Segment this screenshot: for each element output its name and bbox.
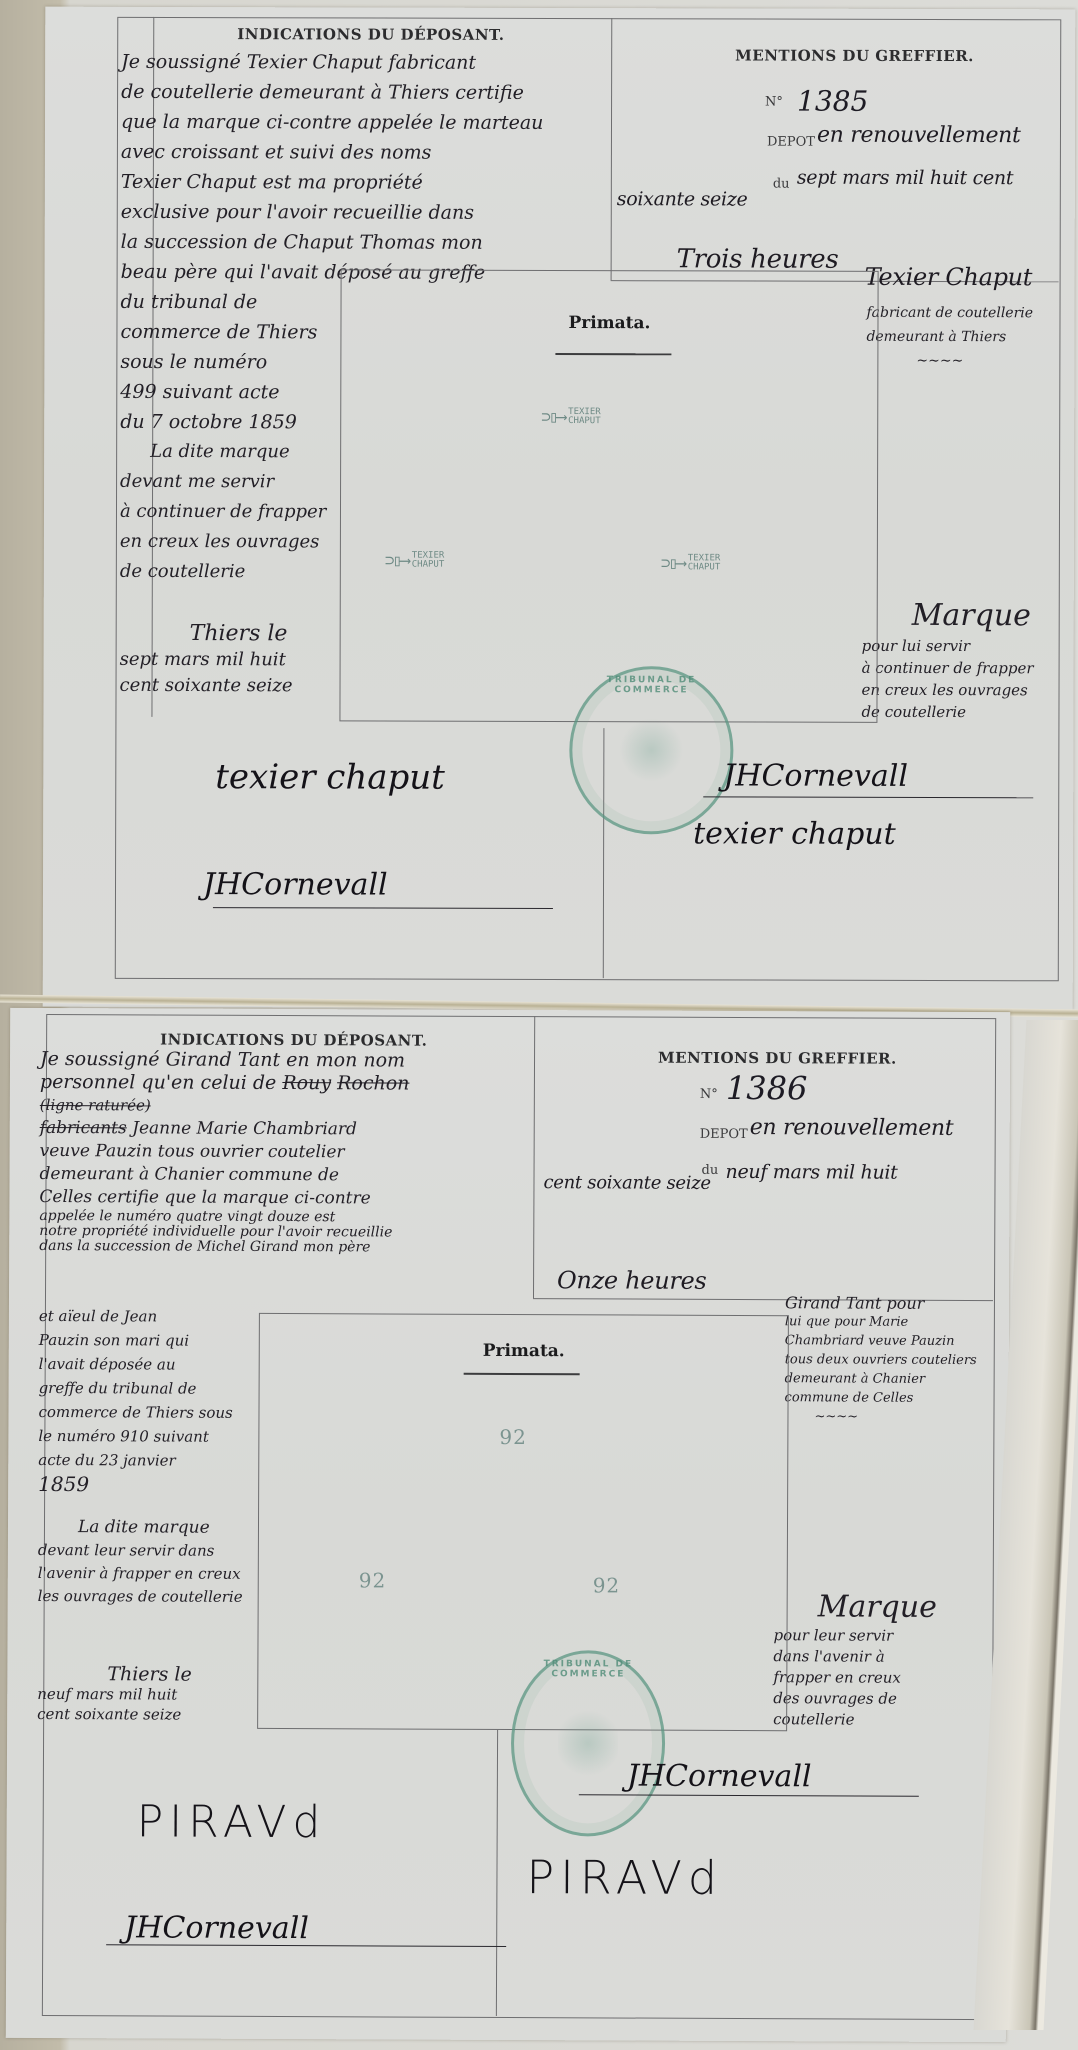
number-label: N° xyxy=(700,1087,718,1102)
mark-stamp-right: ⊃▯⟶ TEXIERCHAPUT xyxy=(661,553,720,572)
statement-line: l'avait déposée au xyxy=(39,1352,233,1377)
usage-line: devant me servir xyxy=(120,467,326,498)
du-label: du xyxy=(773,177,790,192)
statement-line: Texier Chaput est ma propriété xyxy=(121,167,544,198)
struck-text: (ligne raturée) xyxy=(40,1094,410,1119)
registrar-signature-right: JHCornevall xyxy=(723,758,908,793)
note-line: dans l'avenir à xyxy=(773,1646,936,1668)
depositor-statement: Je soussigné Girand Tant en mon nom pers… xyxy=(39,1048,409,1256)
court-seal: TRIBUNAL DE COMMERCE xyxy=(511,1650,666,1837)
struck-text: fabricants xyxy=(40,1118,127,1138)
depot-date: neuf mars mil huit xyxy=(725,1161,897,1184)
hammer-crescent-icon: ⊃▯⟶ xyxy=(385,551,408,570)
registrar-signature-left: JHCornevall xyxy=(124,1910,309,1946)
depot-date: sept mars mil huit cent xyxy=(797,167,1013,190)
primata-rule xyxy=(464,1373,580,1376)
statement-line: avec croissant et suivi des noms xyxy=(121,137,544,168)
entry-number: 1386 xyxy=(726,1069,808,1107)
depositor-usage: La dite marque devant leur servir dans l… xyxy=(38,1516,243,1609)
desc-line: lui que pour Marie xyxy=(785,1312,977,1332)
mark-stamp-top: 92 xyxy=(499,1425,527,1449)
desc-line: fabricant de coutellerie xyxy=(866,301,1033,325)
depositor-signature-left: texier chaput xyxy=(215,757,445,798)
usage-line: en creux les ouvrages xyxy=(120,527,326,558)
usage-line: de coutellerie xyxy=(120,557,326,588)
note-line: des ouvrages de xyxy=(773,1688,936,1710)
usage-line: les ouvrages de coutellerie xyxy=(38,1585,243,1609)
statement-line: de coutellerie demeurant à Thiers certif… xyxy=(121,77,544,108)
struck-text: Rouy xyxy=(282,1072,331,1094)
depositor-signature-right: texier chaput xyxy=(693,816,896,852)
place-date: Thiers le sept mars mil huit cent soixan… xyxy=(119,621,292,699)
mark-stamp-left: 92 xyxy=(359,1568,387,1592)
depot-type: en renouvellement xyxy=(817,123,1021,149)
hammer-crescent-icon: ⊃▯⟶ xyxy=(541,407,564,426)
note-line: pour lui servir xyxy=(862,635,1034,657)
usage-line: La dite marque xyxy=(78,1516,243,1540)
usage-line: La dite marque xyxy=(150,437,326,467)
depositor-signature-left: PIRAVd xyxy=(137,1796,327,1848)
flourish: ~~~~ xyxy=(916,349,1033,373)
register-page-1386: INDICATIONS DU DÉPOSANT. MENTIONS DU GRE… xyxy=(6,1008,1010,2042)
mark-text: CHAPUT xyxy=(412,559,445,569)
depositor-header: INDICATIONS DU DÉPOSANT. xyxy=(160,1030,427,1049)
desc-line: demeurant à Thiers xyxy=(866,325,1033,349)
registrar-mark-note: Marque pour lui servir à continuer de fr… xyxy=(861,597,1033,723)
statement-line: le numéro 910 suivant xyxy=(38,1424,232,1449)
note-line: coutellerie xyxy=(773,1709,936,1731)
note-line: Marque xyxy=(912,597,1034,635)
place-date: Thiers le neuf mars mil huit cent soixan… xyxy=(37,1664,192,1725)
note-line: en creux les ouvrages xyxy=(861,679,1033,701)
statement-line: acte du 23 janvier xyxy=(38,1448,232,1473)
place-line: cent soixante seize xyxy=(119,673,292,699)
place-line: neuf mars mil huit xyxy=(37,1684,192,1705)
seal-emblem-icon xyxy=(620,718,683,783)
statement-line: Celles certifie que la marque ci-contre xyxy=(39,1186,409,1211)
mark-stamp-left: ⊃▯⟶ TEXIERCHAPUT xyxy=(385,551,444,570)
depot-label: DEPOT xyxy=(767,135,815,150)
depositor-statement-cont: et aïeul de Jean Pauzin son mari qui l'a… xyxy=(38,1304,233,1497)
hammer-crescent-icon: ⊃▯⟶ xyxy=(661,553,684,572)
registrar-mark-note: Marque pour leur servir dans l'avenir à … xyxy=(773,1589,937,1731)
desc-line: Girand Tant pour xyxy=(785,1293,977,1313)
mark-stamp-right: 92 xyxy=(593,1573,621,1597)
seal-emblem-icon xyxy=(558,1707,618,1779)
desc-line: tous deux ouvriers couteliers xyxy=(785,1350,977,1370)
flourish: ~~~~ xyxy=(814,1407,976,1427)
statement-line: que la marque ci-contre appelée le marte… xyxy=(121,107,544,138)
register-page-1385: INDICATIONS DU DÉPOSANT. MENTIONS DU GRE… xyxy=(43,7,1076,1010)
depositor-header: INDICATIONS DU DÉPOSANT. xyxy=(237,25,504,44)
number-label: N° xyxy=(765,95,783,110)
note-line: pour leur servir xyxy=(773,1625,936,1647)
depot-time: Onze heures xyxy=(557,1266,707,1295)
usage-line: l'avenir à frapper en creux xyxy=(38,1562,243,1586)
place-line: cent soixante seize xyxy=(37,1704,192,1725)
depot-label: DEPOT xyxy=(700,1127,748,1142)
statement-line: Jeanne Marie Chambriard xyxy=(132,1118,357,1139)
entry-number: 1385 xyxy=(797,85,868,118)
registrar-depositor-desc: fabricant de coutellerie demeurant à Thi… xyxy=(866,301,1033,373)
usage-line: à continuer de frapper xyxy=(120,497,326,528)
mark-text: CHAPUT xyxy=(568,416,601,426)
statement-line: et aïeul de Jean xyxy=(39,1304,233,1329)
registrar-header: MENTIONS DU GREFFIER. xyxy=(735,46,974,65)
statement-line: la succession de Chaput Thomas mon xyxy=(121,227,544,258)
note-line: Marque xyxy=(818,1589,937,1626)
primata-rule xyxy=(555,353,671,355)
registrar-depositor-name: Texier Chaput xyxy=(865,263,1033,291)
statement-line: personnel qu'en celui de xyxy=(40,1071,276,1094)
mark-text: CHAPUT xyxy=(688,562,721,572)
mark-stamp-top: ⊃▯⟶ TEXIERCHAPUT xyxy=(541,407,600,426)
primata-title: Primata. xyxy=(341,312,877,333)
struck-text: Rochon xyxy=(337,1072,409,1094)
statement-line: veuve Pauzin tous ouvrier coutelier xyxy=(40,1140,410,1165)
place-line: Thiers le xyxy=(107,1664,192,1684)
desc-line: demeurant à Chanier xyxy=(785,1369,977,1389)
statement-line: Pauzin son mari qui xyxy=(39,1328,233,1353)
statement-line: exclusive pour l'avoir recueillie dans xyxy=(121,197,544,228)
statement-line: dans la succession de Michel Girand mon … xyxy=(39,1239,409,1256)
note-line: à continuer de frapper xyxy=(862,657,1034,679)
place-line: sept mars mil huit xyxy=(120,647,293,673)
mark-imprint-box: Primata. ⊃▯⟶ TEXIERCHAPUT ⊃▯⟶ TEXIERCHAP… xyxy=(339,269,878,722)
depositor-signature-right: PIRAVd xyxy=(526,1850,723,1905)
usage-line: devant leur servir dans xyxy=(38,1539,243,1563)
registrar-depositor-desc: Girand Tant pour lui que pour Marie Cham… xyxy=(784,1293,977,1427)
depot-date-cont: soixante seize xyxy=(617,188,748,210)
statement-line: greffe du tribunal de xyxy=(39,1376,233,1401)
statement-line: 1859 xyxy=(38,1472,232,1497)
registrar-signature-left: JHCornevall xyxy=(203,867,388,902)
depot-type: en renouvellement xyxy=(750,1115,954,1141)
statement-line: demeurant à Chanier commune de xyxy=(39,1163,409,1188)
depot-date-cont: cent soixante seize xyxy=(543,1172,710,1194)
statement-line: commerce de Thiers sous xyxy=(38,1400,232,1425)
statement-line: Je soussigné Girand Tant en mon nom xyxy=(40,1048,410,1073)
depositor-usage: La dite marque devant me servir à contin… xyxy=(120,437,327,588)
note-line: frapper en creux xyxy=(773,1667,936,1689)
court-seal: TRIBUNAL DE COMMERCE xyxy=(569,666,733,834)
note-line: de coutellerie xyxy=(861,701,1033,723)
place-line: Thiers le xyxy=(190,621,293,647)
primata-title: Primata. xyxy=(260,1340,788,1362)
registrar-header: MENTIONS DU GREFFIER. xyxy=(658,1049,897,1068)
statement-line: Je soussigné Texier Chaput fabricant xyxy=(121,47,544,78)
desc-line: commune de Celles xyxy=(785,1388,977,1408)
desc-line: Chambriard veuve Pauzin xyxy=(785,1331,977,1351)
registrar-signature-right: JHCornevall xyxy=(627,1759,812,1795)
